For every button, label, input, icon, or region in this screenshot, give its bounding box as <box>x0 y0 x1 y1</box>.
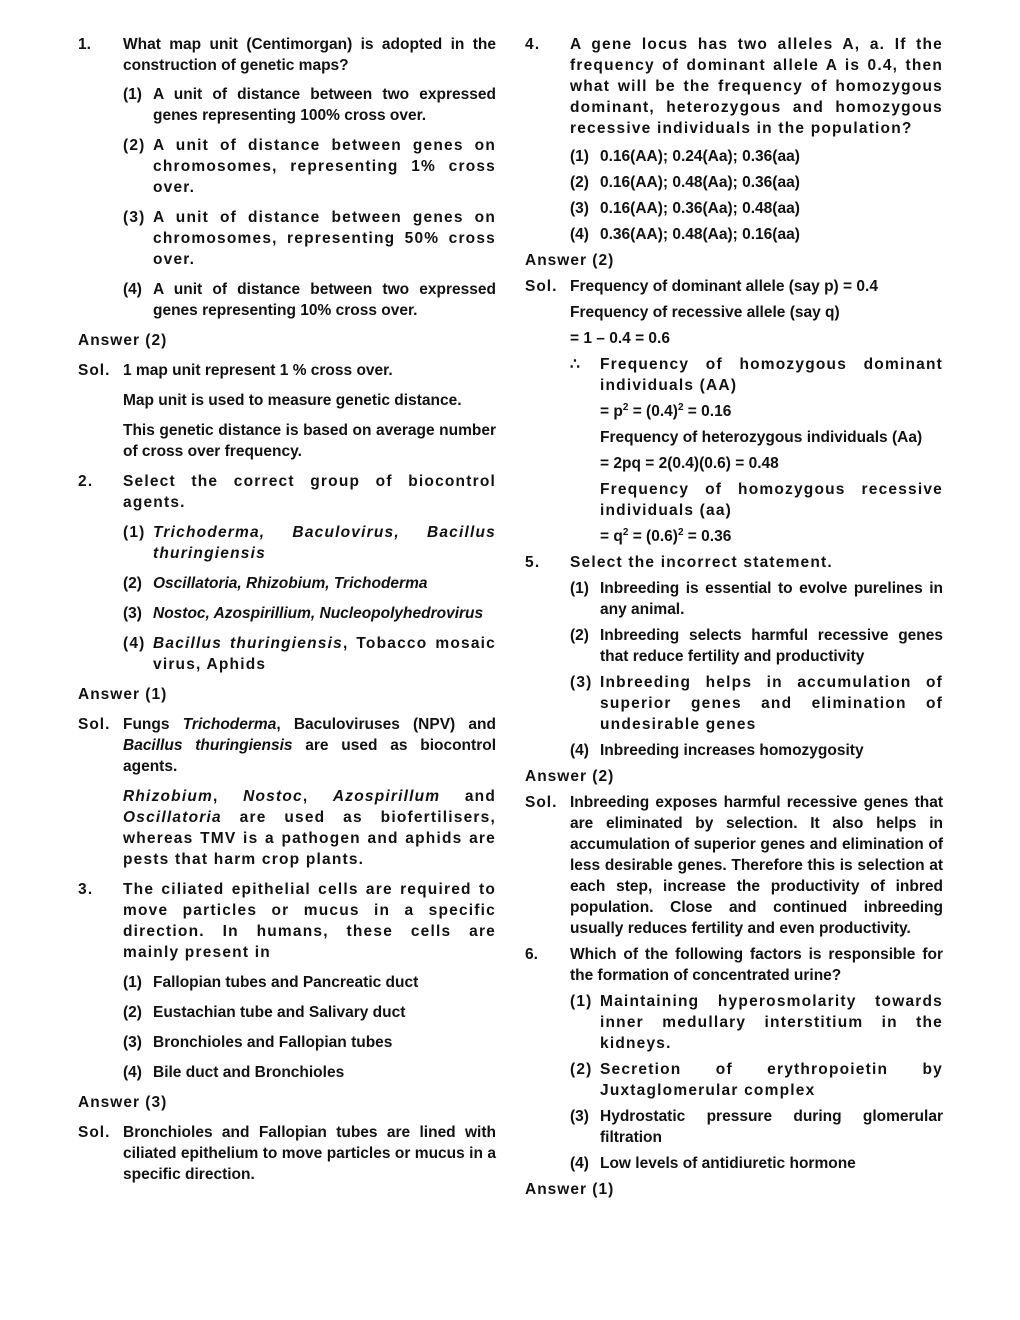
option-text: 0.36(AA); 0.48(Aa); 0.16(aa) <box>600 224 943 245</box>
option-label: (3) <box>123 1032 153 1053</box>
option-text: 0.16(AA); 0.48(Aa); 0.36(aa) <box>600 172 943 193</box>
option-italic: Bacillus thuringiensis <box>153 635 343 652</box>
option-text: Fallopian tubes and Pancreatic duct <box>153 972 496 993</box>
option-text: A unit of distance between two expressed… <box>153 279 496 321</box>
option-text: Inbreeding helps in accumulation of supe… <box>600 672 943 735</box>
question-6: 6. Which of the following factors is res… <box>525 944 943 1200</box>
question-number: 6. <box>525 944 570 986</box>
option-text: Bile duct and Bronchioles <box>153 1062 496 1083</box>
solution-italic: Nostoc <box>243 788 303 805</box>
solution-text: Fungs Trichoderma, Baculoviruses (NPV) a… <box>123 714 496 777</box>
question-4: 4. A gene locus has two alleles A, a. If… <box>525 34 943 547</box>
solution-text: This genetic distance is based on averag… <box>123 420 496 462</box>
option-label: (4) <box>570 224 600 245</box>
option-label: (4) <box>123 1062 153 1083</box>
option-label: (4) <box>570 740 600 761</box>
option-label: (1) <box>123 522 153 564</box>
therefore-symbol: ∴ <box>570 354 600 396</box>
solution-text: Rhizobium, Nostoc, Azospirillum and Osci… <box>123 786 496 870</box>
option-label: (2) <box>570 625 600 667</box>
option-text: 0.16(AA); 0.24(Aa); 0.36(aa) <box>600 146 943 167</box>
option-label: (2) <box>123 573 153 594</box>
question-text: The ciliated epithelial cells are requir… <box>123 879 496 963</box>
option-text: Inbreeding selects harmful recessive gen… <box>600 625 943 667</box>
option-label: (2) <box>123 135 153 198</box>
equation-part: = 0.16 <box>684 403 732 420</box>
option-label: (3) <box>123 603 153 624</box>
option-label: (1) <box>123 84 153 126</box>
option-label: (2) <box>570 1059 600 1101</box>
answer-label: Answer (1) <box>78 684 496 705</box>
option-text: Secretion of erythropoietin by Juxtaglom… <box>600 1059 943 1101</box>
question-2: 2. Select the correct group of biocontro… <box>78 471 496 870</box>
solution-text-part: and <box>440 788 496 805</box>
solution-text-part: Fungs <box>123 716 183 733</box>
solution-label: Sol. <box>78 360 123 381</box>
option-label: (3) <box>570 1106 600 1148</box>
solution-label: Sol. <box>78 1122 123 1185</box>
question-text-part: Select the <box>123 473 234 490</box>
option-text: A unit of distance between genes on chro… <box>153 207 496 270</box>
option-text: 0.16(AA); 0.36(Aa); 0.48(aa) <box>600 198 943 219</box>
solution-italic: Azospirillum <box>333 788 440 805</box>
option-text: Hydrostatic pressure during glomerular f… <box>600 1106 943 1148</box>
question-5: 5. Select the incorrect statement. (1)In… <box>525 552 943 939</box>
option-label: (4) <box>123 279 153 321</box>
option-text: Nostoc, Azospirillium, Nucleopolyhedrovi… <box>153 603 496 624</box>
option-label: (2) <box>123 1002 153 1023</box>
option-text: Oscillatoria, Rhizobium, Trichoderma <box>153 573 496 594</box>
answer-label: Answer (3) <box>78 1092 496 1113</box>
option-label: (3) <box>123 207 153 270</box>
solution-text-part: , <box>213 788 243 805</box>
question-text: Select the incorrect statement. <box>570 552 943 573</box>
solution-italic: Oscillatoria <box>123 809 222 826</box>
solution-text: Frequency of dominant allele (say p) = 0… <box>570 276 943 297</box>
question-text: What map unit (Centimorgan) is adopted i… <box>123 34 496 76</box>
option-label: (1) <box>570 146 600 167</box>
solution-label: Sol. <box>78 714 123 777</box>
option-label: (4) <box>123 633 153 675</box>
question-3: 3. The ciliated epithelial cells are req… <box>78 879 496 1185</box>
solution-text-part: , <box>303 788 333 805</box>
equation-part: = (0.4) <box>628 403 678 420</box>
option-text: A unit of distance between genes on chro… <box>153 135 496 198</box>
solution-text: Frequency of homozygous recessive indivi… <box>600 479 943 521</box>
option-text: Inbreeding is essential to evolve pureli… <box>600 578 943 620</box>
question-emphasis: correct <box>234 473 295 490</box>
left-column: 1. What map unit (Centimorgan) is adopte… <box>78 34 496 1194</box>
solution-text: Frequency of homozygous dominant individ… <box>600 354 943 396</box>
right-column: 4. A gene locus has two alleles A, a. If… <box>525 34 943 1209</box>
option-text: Low levels of antidiuretic hormone <box>600 1153 943 1174</box>
question-number: 1. <box>78 34 123 76</box>
solution-text: Frequency of recessive allele (say q) <box>570 302 943 323</box>
question-number: 2. <box>78 471 123 513</box>
option-label: (1) <box>570 578 600 620</box>
solution-label: Sol. <box>525 276 570 297</box>
question-text-part: Select the <box>570 554 661 571</box>
question-number: 3. <box>78 879 123 963</box>
solution-italic: Rhizobium <box>123 788 213 805</box>
solution-text: 1 map unit represent 1 % cross over. <box>123 360 496 381</box>
solution-equation: = p2 = (0.4)2 = 0.16 <box>600 401 943 422</box>
equation-part: = p <box>600 403 623 420</box>
solution-equation: = q2 = (0.6)2 = 0.36 <box>600 526 943 547</box>
solution-text: Map unit is used to measure genetic dist… <box>123 390 496 411</box>
solution-italic: Bacillus thuringiensis <box>123 737 293 754</box>
answer-label: Answer (1) <box>525 1179 943 1200</box>
solution-text: Frequency of heterozygous individuals (A… <box>600 427 943 448</box>
option-label: (1) <box>570 991 600 1054</box>
option-text: Trichoderma, Baculovirus, Bacillus thuri… <box>153 522 496 564</box>
option-label: (1) <box>123 972 153 993</box>
answer-label: Answer (2) <box>78 330 496 351</box>
solution-equation: = 2pq = 2(0.4)(0.6) = 0.48 <box>600 453 943 474</box>
option-text: Eustachian tube and Salivary duct <box>153 1002 496 1023</box>
option-text: Bacillus thuringiensis, Tobacco mosaic v… <box>153 633 496 675</box>
question-text: Select the correct group of biocontrol a… <box>123 471 496 513</box>
option-text: A unit of distance between two expressed… <box>153 84 496 126</box>
equation-part: = 0.36 <box>684 528 732 545</box>
option-label: (3) <box>570 672 600 735</box>
question-number: 5. <box>525 552 570 573</box>
option-text: Inbreeding increases homozygosity <box>600 740 943 761</box>
solution-text: Inbreeding exposes harmful recessive gen… <box>570 792 943 939</box>
solution-text-part: , Baculoviruses (NPV) and <box>276 716 496 733</box>
question-text: A gene locus has two alleles A, a. If th… <box>570 34 943 139</box>
solution-text: Bronchioles and Fallopian tubes are line… <box>123 1122 496 1185</box>
answer-label: Answer (2) <box>525 250 943 271</box>
option-label: (4) <box>570 1153 600 1174</box>
option-text: Bronchioles and Fallopian tubes <box>153 1032 496 1053</box>
answer-label: Answer (2) <box>525 766 943 787</box>
equation-part: = (0.6) <box>628 528 678 545</box>
solution-italic: Trichoderma <box>183 716 277 733</box>
question-text: Which of the following factors is respon… <box>570 944 943 986</box>
solution-label: Sol. <box>525 792 570 939</box>
question-emphasis: incorrect <box>661 554 738 571</box>
solution-text: = 1 – 0.4 = 0.6 <box>570 328 943 349</box>
option-label: (2) <box>570 172 600 193</box>
question-1: 1. What map unit (Centimorgan) is adopte… <box>78 34 496 462</box>
equation-part: = q <box>600 528 623 545</box>
question-text-part: statement. <box>738 554 833 571</box>
question-number: 4. <box>525 34 570 139</box>
option-label: (3) <box>570 198 600 219</box>
option-text: Maintaining hyperosmolarity towards inne… <box>600 991 943 1054</box>
